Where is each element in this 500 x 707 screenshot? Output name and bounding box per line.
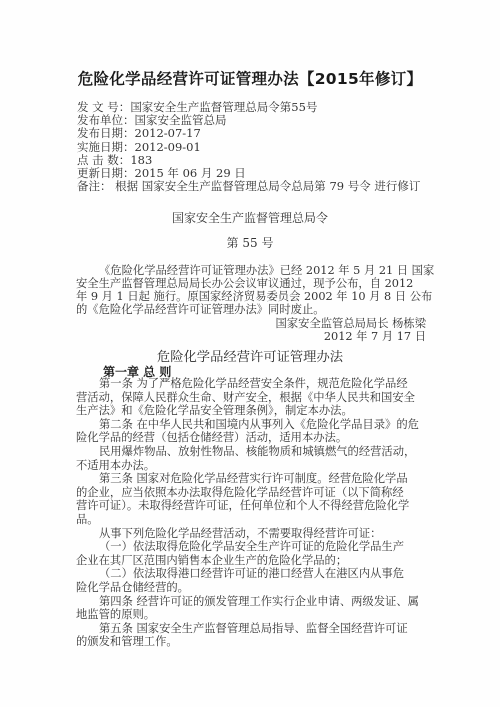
body-line: 从事下列危险化学品经营活动，不需要取得经营许可证： [76, 527, 436, 541]
body-line: 的颁发和管理工作。 [76, 635, 436, 649]
signature-date: 2012 年 7 月 17 日 [324, 330, 426, 343]
meta-label: 备注： [77, 179, 112, 193]
meta-label: 发布单位： [77, 113, 135, 127]
body-line: 生产法》和《危险化学品安全管理条例》，制定本办法。 [76, 404, 436, 418]
signatory: 国家安全监管总局局长 杨栋梁 [276, 317, 426, 330]
meta-label: 发 文 号： [77, 100, 130, 114]
meta-remarks: 备注： 根据 国家安全生产监督管理总局令总局第 79 号令 进行修订 [77, 180, 420, 193]
meta-value: 国家安全监管总局 [135, 113, 227, 127]
meta-value: 2012-07-17 [135, 126, 201, 140]
meta-value: 国家安全生产监督管理总局令第55号 [130, 100, 317, 114]
preamble-line: 《危险化学品经营许可证管理办法》已经 2012 年 5 月 21 日 国家 [76, 264, 428, 277]
body-line: （一）依法取得危险化学品安全生产许可证的危险化学品生产 [76, 540, 436, 554]
meta-value: 2012-09-01 [135, 140, 201, 154]
preamble-line: 的《危险化学品经营许可证管理办法》同时废止。 [76, 303, 428, 316]
article-body: 第一条 为了严格危险化学品经营安全条件，规范危险化学品经 营活动，保障人民群众生… [76, 377, 436, 649]
body-line: 不适用本办法。 [76, 459, 436, 473]
meta-value: 2015 年 06 月 29 日 [135, 166, 246, 180]
body-line: 营活动，保障人民群众生命、财产安全，根据《中华人民共和国安全 [76, 391, 436, 405]
body-line: 民用爆炸物品、放射性物品、核能物质和城镇燃气的经营活动， [76, 445, 436, 459]
document-title: 危险化学品经营许可证管理办法【2015年修订】 [0, 67, 500, 89]
body-line: 第一条 为了严格危险化学品经营安全条件，规范危险化学品经 [76, 377, 436, 391]
body-line: 险化学品仓储经营的。 [76, 581, 436, 595]
preamble: 《危险化学品经营许可证管理办法》已经 2012 年 5 月 21 日 国家 安全… [76, 264, 428, 316]
meta-label: 点 击 数： [77, 153, 130, 167]
body-line: 第三条 国家对危险化学品经营实行许可制度。经营危险化学品 [76, 472, 436, 486]
meta-label: 实施日期： [77, 140, 135, 154]
meta-value: 根据 国家安全生产监督管理总局令总局第 79 号令 进行修订 [112, 179, 421, 193]
order-number: 第 55 号 [0, 234, 500, 251]
body-line: 地监管的原则。 [76, 608, 436, 622]
section-title: 危险化学品经营许可证管理办法 [0, 346, 500, 365]
body-line: 营许可证）。未取得经营许可证，任何单位和个人不得经营危险化学 [76, 499, 436, 513]
body-line: （二）依法取得港口经营许可证的港口经营人在港区内从事危 [76, 567, 436, 581]
body-line: 险化学品的经营（包括仓储经营）活动，适用本办法。 [76, 431, 436, 445]
body-line: 品。 [76, 513, 436, 527]
meta-label: 更新日期： [77, 166, 135, 180]
preamble-line: 安全生产监督管理总局局长办公会议审议通过，现予公布，自 2012 [76, 277, 428, 290]
body-line: 企业在其厂区范围内销售本企业生产的危险化学品的； [76, 554, 436, 568]
body-line: 第四条 经营许可证的颁发管理工作实行企业申请、两级发证、属 [76, 595, 436, 609]
body-line: 第五条 国家安全生产监督管理总局指导、监督全国经营许可证 [76, 622, 436, 636]
meta-value: 183 [130, 153, 152, 167]
body-line: 的企业，应当依照本办法取得危险化学品经营许可证（以下简称经 [76, 486, 436, 500]
document-page: 危险化学品经营许可证管理办法【2015年修订】 发 文 号：国家安全生产监督管理… [0, 0, 500, 707]
order-heading: 国家安全生产监督管理总局令 [0, 209, 500, 226]
metadata-block: 发 文 号：国家安全生产监督管理总局令第55号 发布单位：国家安全监管总局 发布… [77, 101, 420, 193]
body-line: 第二条 在中华人民共和国境内从事列入《危险化学品目录》的危 [76, 418, 436, 432]
preamble-line: 年 9 月 1 日起 施行。原国家经济贸易委员会 2002 年 10 月 8 日… [76, 290, 428, 303]
meta-label: 发布日期： [77, 126, 135, 140]
